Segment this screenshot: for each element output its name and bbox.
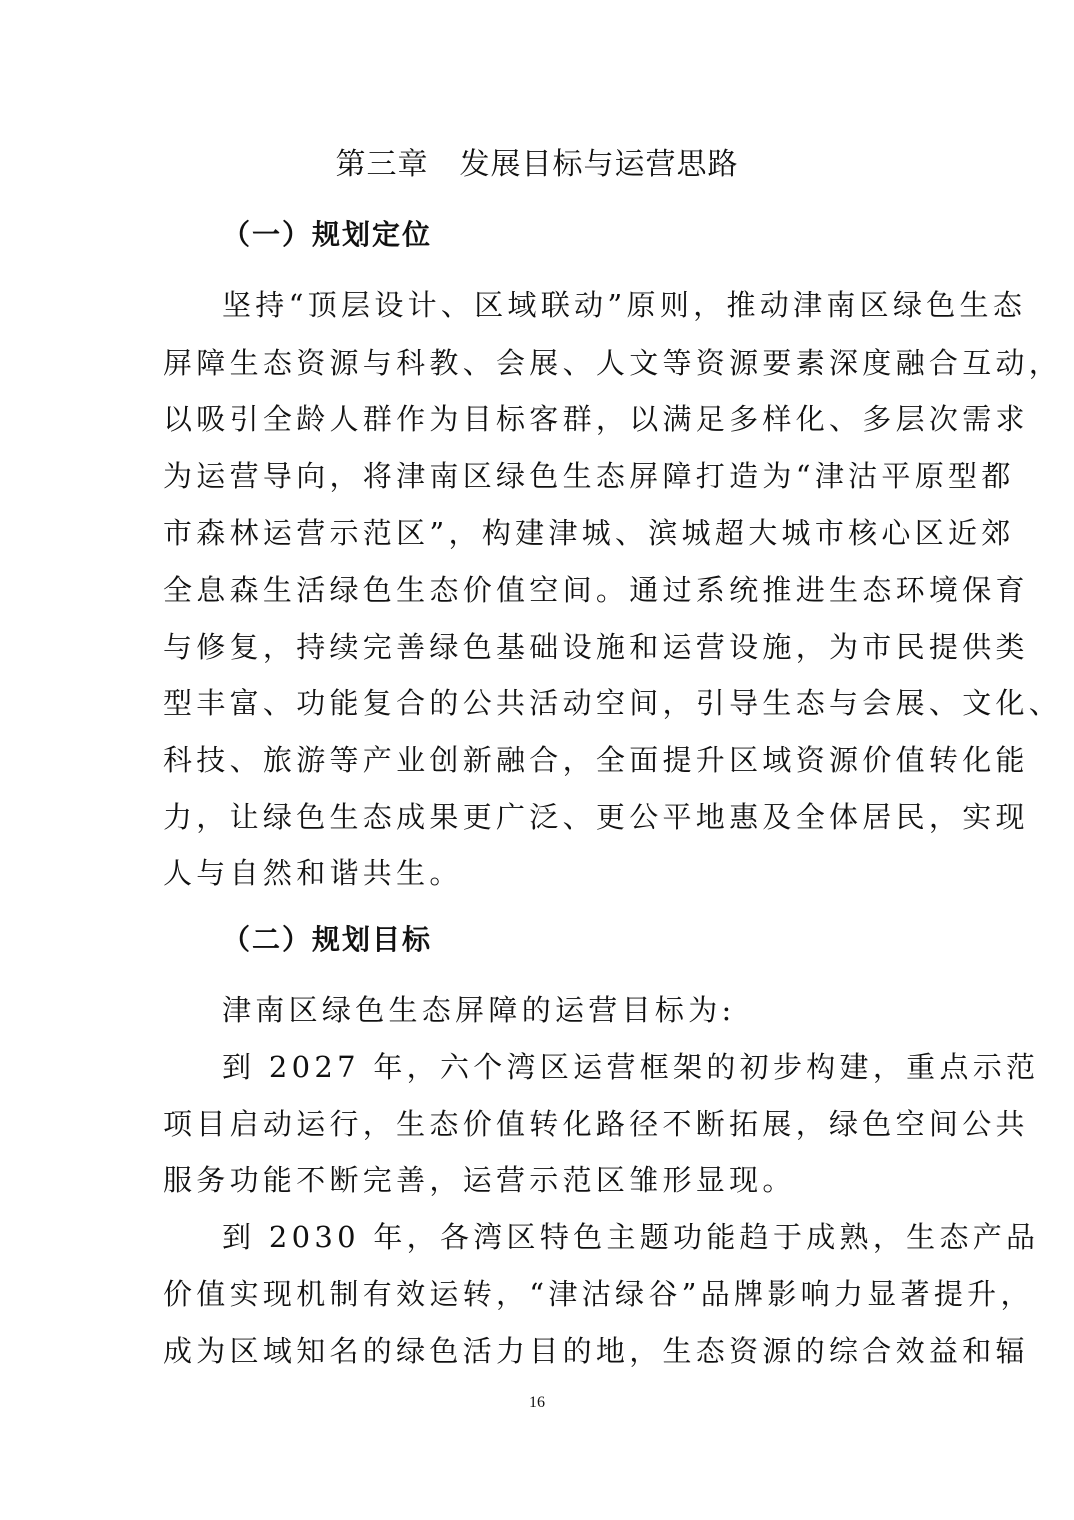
section-heading-positioning: （一）规划定位 (222, 213, 432, 253)
paragraph-line: 坚持“顶层设计、区域联动”原则，推动津南区绿色生态 (222, 283, 913, 324)
paragraph-line: 到 2030 年，各湾区特色主题功能趋于成熟，生态产品 (222, 1215, 913, 1256)
paragraph-line: 项目启动运行，生态价值转化路径不断拓展，绿色空间公共 (163, 1102, 913, 1143)
paragraph-line: 服务功能不断完善，运营示范区雏形显现。 (163, 1158, 913, 1199)
paragraph-line: 与修复，持续完善绿色基础设施和运营设施，为市民提供类 (163, 625, 913, 666)
paragraph-line: 市森林运营示范区”，构建津城、滨城超大城市核心区近郊 (163, 511, 913, 552)
paragraph-line: 全息森生活绿色生态价值空间。通过系统推进生态环境保育 (163, 568, 913, 609)
page-number: 16 (0, 1394, 1074, 1412)
paragraph-line: 人与自然和谐共生。 (163, 851, 913, 892)
chapter-title: 第三章 发展目标与运营思路 (0, 139, 1074, 183)
paragraph-line: 型丰富、功能复合的公共活动空间，引导生态与会展、文化、 (163, 681, 913, 722)
paragraph-line: 科技、旅游等产业创新融合，全面提升区域资源价值转化能 (163, 738, 913, 779)
paragraph-line: 价值实现机制有效运转，“津沽绿谷”品牌影响力显著提升， (163, 1272, 913, 1313)
paragraph-line: 到 2027 年，六个湾区运营框架的初步构建，重点示范 (222, 1045, 913, 1086)
section-heading-goals: （二）规划目标 (222, 918, 432, 958)
paragraph-line: 以吸引全龄人群作为目标客群，以满足多样化、多层次需求 (163, 397, 913, 438)
paragraph-line: 为运营导向，将津南区绿色生态屏障打造为“津沽平原型都 (163, 454, 913, 495)
paragraph-line: 屏障生态资源与科教、会展、人文等资源要素深度融合互动， (163, 341, 913, 382)
paragraph-line: 力，让绿色生态成果更广泛、更公平地惠及全体居民，实现 (163, 795, 913, 836)
paragraph-line: 成为区域知名的绿色活力目的地，生态资源的综合效益和辐 (163, 1329, 913, 1370)
paragraph-line: 津南区绿色生态屏障的运营目标为: (222, 988, 913, 1029)
